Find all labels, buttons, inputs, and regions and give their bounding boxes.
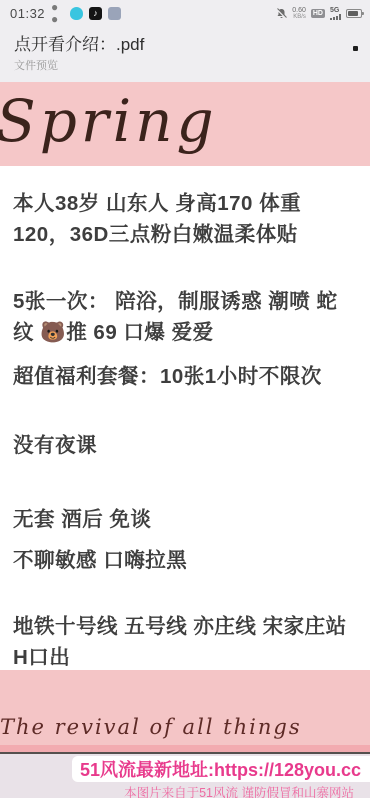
- battery-icon: [346, 9, 362, 18]
- header-texts: 点开看介绍：.pdf 文件预览: [14, 30, 144, 73]
- notifications-off-icon: [276, 8, 287, 19]
- site-url-box: 51风流最新地址:https://128you.cc: [72, 756, 370, 782]
- qq-penguin-icon: [70, 7, 83, 20]
- network-speed: 0.60 KB/s: [292, 7, 306, 20]
- location-line: 地铁十号线 五号线 亦庄线 宋家庄站H口出: [13, 611, 357, 673]
- file-preview-header: 点开看介绍：.pdf 文件预览: [0, 26, 370, 82]
- deep-pink-strip: [0, 745, 370, 752]
- spring-script-text: Spring: [0, 84, 218, 159]
- status-bar-left: 01:32 ● ● ♪: [10, 6, 121, 21]
- price-line-2: 超值福利套餐：10张1小时不限次: [13, 361, 357, 392]
- watermark-banner: 51风流最新地址:https://128you.cc 本图片来自于51风流 谨防…: [0, 754, 370, 798]
- file-title: 点开看介绍：.pdf: [14, 30, 144, 55]
- price-line-1: 5张一次： 陪浴，制服诱惑 潮喷 蛇纹 🐻推 69 口爆 爱爱: [13, 286, 357, 348]
- more-options-icon[interactable]: [353, 46, 358, 51]
- status-bar-right: 0.60 KB/s HD 5G: [276, 7, 362, 20]
- top-pink-banner: Spring: [0, 82, 370, 166]
- bottom-pink-banner: The revival of all things: [0, 670, 370, 745]
- signal-bars-icon: [330, 14, 341, 20]
- pdf-body-text: 本人38岁 山东人 身高170 体重120，36D三点粉白嫩温柔体贴 5张一次：…: [0, 166, 370, 670]
- chat-bubbles-icon: ● ●: [51, 7, 64, 20]
- revival-script-text: The revival of all things: [0, 715, 302, 739]
- rule-line-2: 不聊敏感 口嗨拉黑: [13, 545, 357, 576]
- site-url-text: 51风流最新地址:https://128you.cc: [80, 756, 361, 782]
- app-badge-icon: [108, 7, 121, 20]
- schedule-line: 没有夜课: [13, 430, 357, 461]
- intro-line: 本人38岁 山东人 身高170 体重120，36D三点粉白嫩温柔体贴: [13, 188, 357, 250]
- status-bar: 01:32 ● ● ♪ 0.60 KB/s HD 5G: [0, 0, 370, 26]
- watermark-note: 本图片来自于51风流 谨防假冒和山寨网站: [124, 783, 354, 798]
- file-preview-label: 文件预览: [14, 57, 144, 73]
- signal-indicator: 5G: [330, 7, 341, 20]
- rule-line-1: 无套 酒后 免谈: [13, 504, 357, 535]
- hd-badge: HD: [311, 9, 325, 18]
- pdf-preview-page[interactable]: Spring 本人38岁 山东人 身高170 体重120，36D三点粉白嫩温柔体…: [0, 82, 370, 752]
- status-time: 01:32: [10, 6, 45, 21]
- phone-screen: 01:32 ● ● ♪ 0.60 KB/s HD 5G 点开看介绍：.pdf: [0, 0, 370, 800]
- tiktok-icon: ♪: [89, 7, 102, 20]
